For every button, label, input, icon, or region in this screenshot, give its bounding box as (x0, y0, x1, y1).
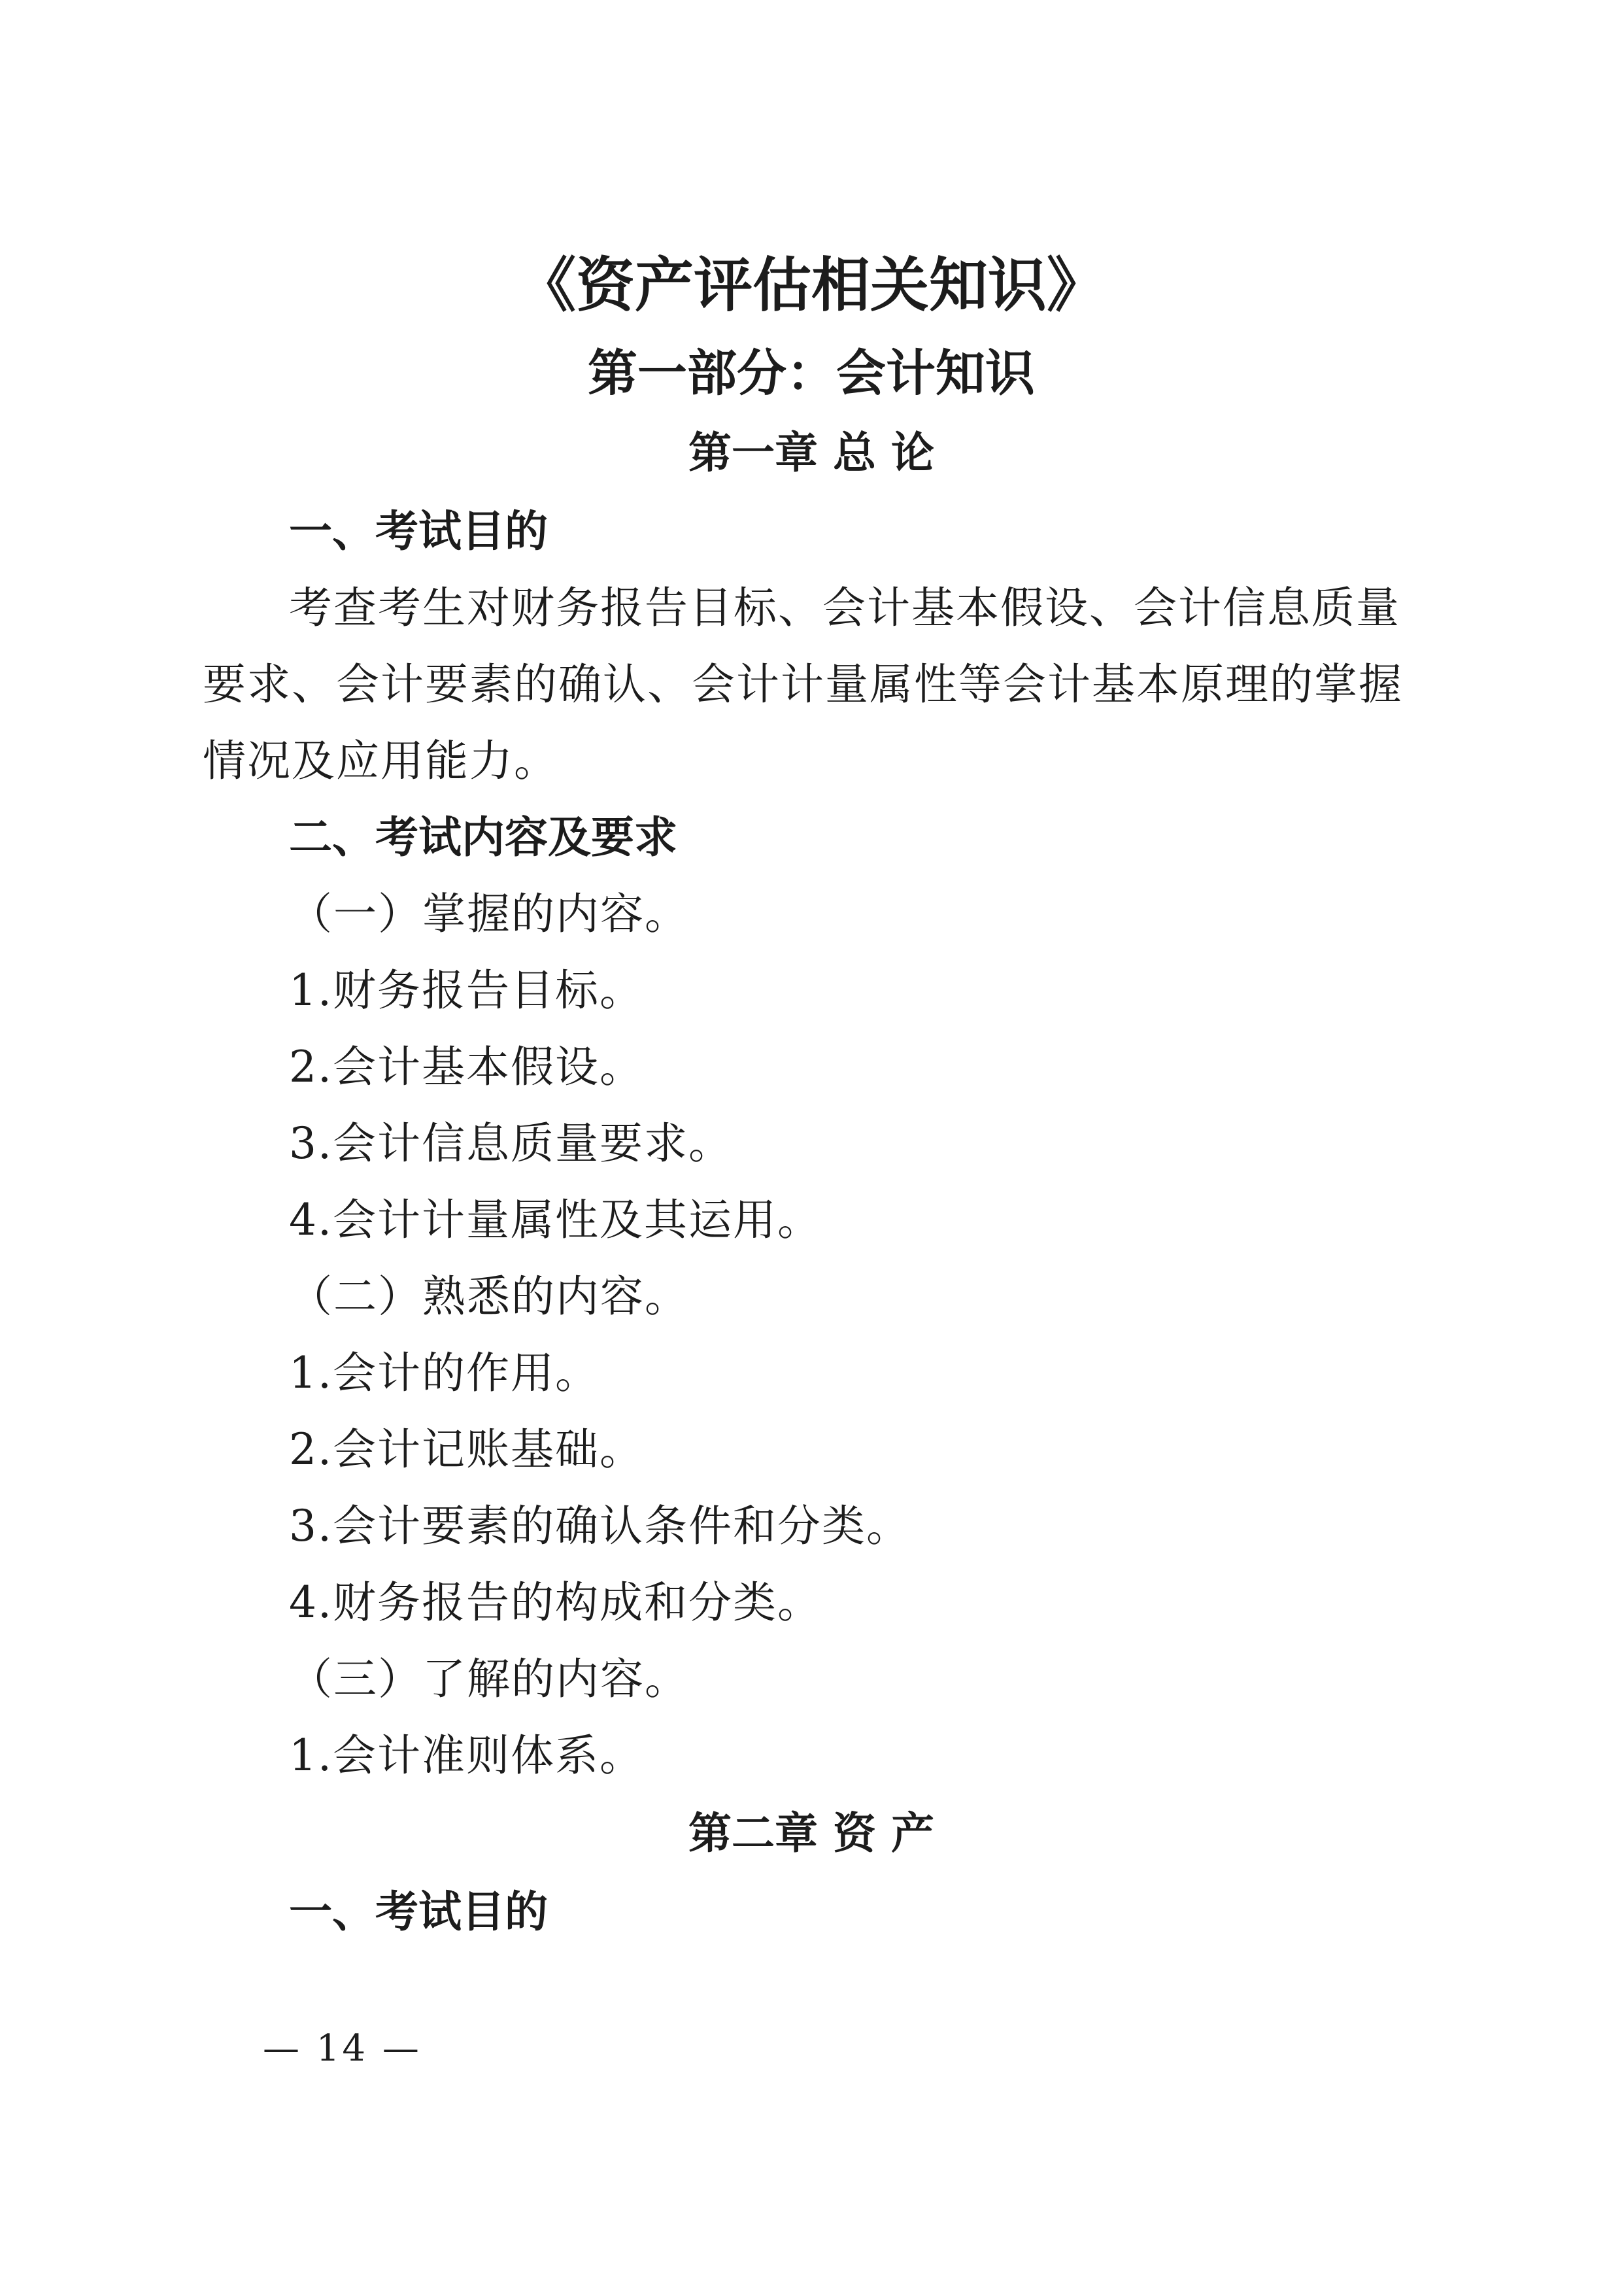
document-title: 《资产评估相关知识》 (203, 237, 1420, 334)
chapter-heading: 第一章 总 论 (203, 413, 1420, 493)
list-item: 4.会计计量属性及其运用。 (203, 1182, 1420, 1258)
list-item: 4.财务报告的构成和分类。 (203, 1564, 1420, 1641)
paragraph-line: 情况及应用能力。 (203, 723, 1420, 799)
document-page: 《资产评估相关知识》 第一部分：会计知识 第一章 总 论一、考试目的考查考生对财… (0, 0, 1622, 2296)
part-heading: 第一部分：会计知识 (203, 334, 1420, 413)
list-item: 2.会计基本假设。 (203, 1029, 1420, 1105)
document-body: 第一章 总 论一、考试目的考查考生对财务报告目标、会计基本假设、会计信息质量要求… (203, 413, 1420, 1950)
list-item: 1.会计的作用。 (203, 1335, 1420, 1411)
section-heading: 一、考试目的 (203, 493, 1420, 570)
chapter-heading: 第二章 资 产 (203, 1794, 1420, 1874)
list-item: （二）熟悉的内容。 (203, 1258, 1420, 1335)
list-item: 2.会计记账基础。 (203, 1411, 1420, 1488)
paragraph-line: 要求、会计要素的确认、会计计量属性等会计基本原理的掌握 (203, 646, 1420, 723)
section-heading: 二、考试内容及要求 (203, 799, 1420, 876)
list-item: 1.财务报告目标。 (203, 952, 1420, 1029)
document-content: 《资产评估相关知识》 第一部分：会计知识 第一章 总 论一、考试目的考查考生对财… (203, 0, 1420, 1950)
list-item: （三）了解的内容。 (203, 1641, 1420, 1717)
paragraph-line: 考查考生对财务报告目标、会计基本假设、会计信息质量 (203, 570, 1420, 646)
page-number: — 14 — (263, 2029, 422, 2069)
list-item: 3.会计要素的确认条件和分类。 (203, 1488, 1420, 1564)
list-item: （一）掌握的内容。 (203, 876, 1420, 952)
list-item: 1.会计准则体系。 (203, 1717, 1420, 1794)
section-heading: 一、考试目的 (203, 1874, 1420, 1950)
list-item: 3.会计信息质量要求。 (203, 1105, 1420, 1182)
